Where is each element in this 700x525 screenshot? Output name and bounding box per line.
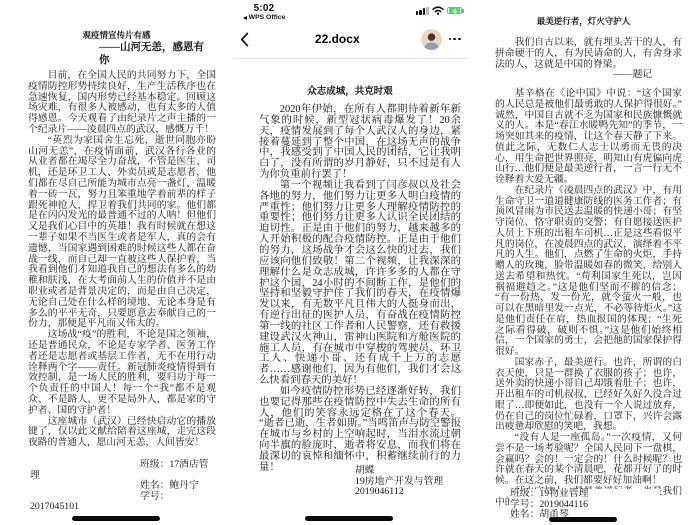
status-bar: 5:02 WPS Office: [233, 0, 467, 22]
home-indicator-bar[interactable]: [72, 516, 160, 521]
screenshot-collage: 观疫情宣传片有感 ——山河无恙，感恩有你 目前，在全国人民的共同努力下，全国疫情…: [0, 0, 700, 525]
essay2-signature: 胡蝶 19房地产开发与管理 2019046112: [355, 466, 460, 498]
essay1-signature: 班级：17酒店管理 姓名：鲍丹宁 学号：2017045101: [30, 460, 212, 513]
signal-bars-icon: [416, 7, 429, 15]
signature-class: 班级：19物业管理: [510, 489, 660, 500]
signature-student-id: 2019046112: [355, 487, 460, 498]
page-panel-right: 最美逆行者，灯火守护人 我们自古以来，就有埋头苦干的人，有拼命硬干的人，有为民请…: [467, 0, 700, 525]
page-panel-left: 观疫情宣传片有感 ——山河无恙，感恩有你 目前，在全国人民的共同努力下，全国疫情…: [0, 0, 233, 525]
document-title: 22.docx: [254, 32, 421, 46]
essay3-paragraph: 国家赤子，最美逆行。也许，所谓的白衣天使，只是一群换了衣服的孩子；也许，送外卖的…: [495, 358, 682, 433]
signature-name: 姓名：鲍丹宁: [30, 481, 212, 492]
essay3-epigraph: 我们自古以来，就有埋头苦干的人，有拼命硬干的人，有为民请命的人，有舍身求法的人，…: [495, 38, 682, 70]
left-triangle-icon: [243, 16, 247, 20]
toolbar-divider: [233, 58, 467, 59]
essay1-paragraph: 这场战“疫”的胜利，不论是国之领袖，还是普通民众，不论是专家学者、医务工作者还是…: [28, 330, 216, 416]
back-button[interactable]: [240, 32, 254, 47]
essay1-paragraph: 这座城市（武汉）已经快启动它的播放键了，仅以此文献给陪着这座城，走完这段夜路的普…: [28, 417, 216, 449]
essay3-signature: 班级：19物业管理 学号：2019044116 姓名：胡甬琴: [510, 489, 660, 521]
essay1-title: 观疫情宣传片有感: [0, 29, 233, 41]
essay3-paragraph: 在纪录片《凌晨四点的武汉》中，有用生命守卫一道道健康防线的医务工作者；有顶风冒雨…: [495, 186, 682, 358]
essay1-paragraph: “英烈为家国舍生忘死，逝世同胞亦盼山河无恙”，在疫情面前，武汉各行各业的从业者都…: [28, 136, 216, 330]
essay3-paragraph: “没有人是一座孤岛。”一次疫情，又何尝不是一场考验呢？全国人民同下一盘棋，会赢吗…: [495, 433, 682, 487]
essay2-paragraph: 第一个视频让我看到了闫彦叔以及社会各地的努力，他们努力让更多人明白疫情的严重性；…: [259, 181, 461, 387]
signature-class: 班级：17酒店管理: [30, 460, 212, 481]
status-time: 5:02: [254, 3, 275, 14]
essay1-body: 目前，在全国人民的共同努力下，全国疫情防控形势持续良好，生产生活秩序也在急速恢复…: [0, 70, 233, 449]
page-panel-middle: 5:02 WPS Office: [233, 0, 467, 525]
user-avatar[interactable]: [421, 29, 442, 50]
back-to-app-indicator[interactable]: WPS Office: [243, 14, 286, 21]
essay2-paragraph: 如今疫情防控形势已经逐渐好转，我们也要记得那些在疫情防控中失去生命的所有人，他们…: [259, 387, 461, 474]
essay3-title: 最美逆行者，灯火守护人: [467, 15, 700, 27]
more-options-button[interactable]: [448, 35, 462, 44]
person-avatar-icon: [421, 29, 442, 50]
signature-student-id: 学号：2017045101: [30, 492, 212, 513]
back-to-app-label: WPS Office: [249, 14, 286, 21]
essay3-epigraph-attribution: ——题记: [495, 70, 682, 81]
essay2-paragraph: 2020年伊始，在所有人都期待着新年新气象的时候，新型冠状病毒爆发了！20余天，…: [259, 105, 461, 181]
wifi-icon: [432, 6, 444, 15]
home-indicator-bar[interactable]: [549, 517, 617, 522]
signature-name: 胡蝶: [355, 466, 460, 477]
charging-bolt-icon: [452, 8, 458, 15]
document-toolbar: 22.docx: [233, 24, 467, 54]
essay3-body: 我们自古以来，就有埋头苦干的人，有拼命硬干的人，有为民请命的人，有舍身求法的人，…: [467, 27, 700, 508]
essay1-subtitle: ——山河无恙，感恩有你: [99, 42, 206, 67]
status-icons: [416, 6, 462, 15]
status-left-cluster: 5:02 WPS Office: [235, 3, 293, 21]
essay3-paragraph: 基辛格在《论中国》中说：“这个国家的人民总是被他们最勇敢的人保护得很好。”诚然，…: [495, 89, 682, 186]
battery-charging-icon: [447, 7, 462, 15]
essay2-body: 2020年伊始，在所有人都期待着新年新气象的时候，新型冠状病毒爆发了！20余天，…: [233, 97, 467, 474]
chevron-left-icon: [240, 32, 249, 47]
home-indicator-bar[interactable]: [305, 516, 393, 521]
essay2-title: 众志成城，共克时艰: [233, 83, 467, 97]
essay1-paragraph: 目前，在全国人民的共同努力下，全国疫情防控形势持续良好，生产生活秩序也在急速恢复…: [28, 71, 216, 136]
